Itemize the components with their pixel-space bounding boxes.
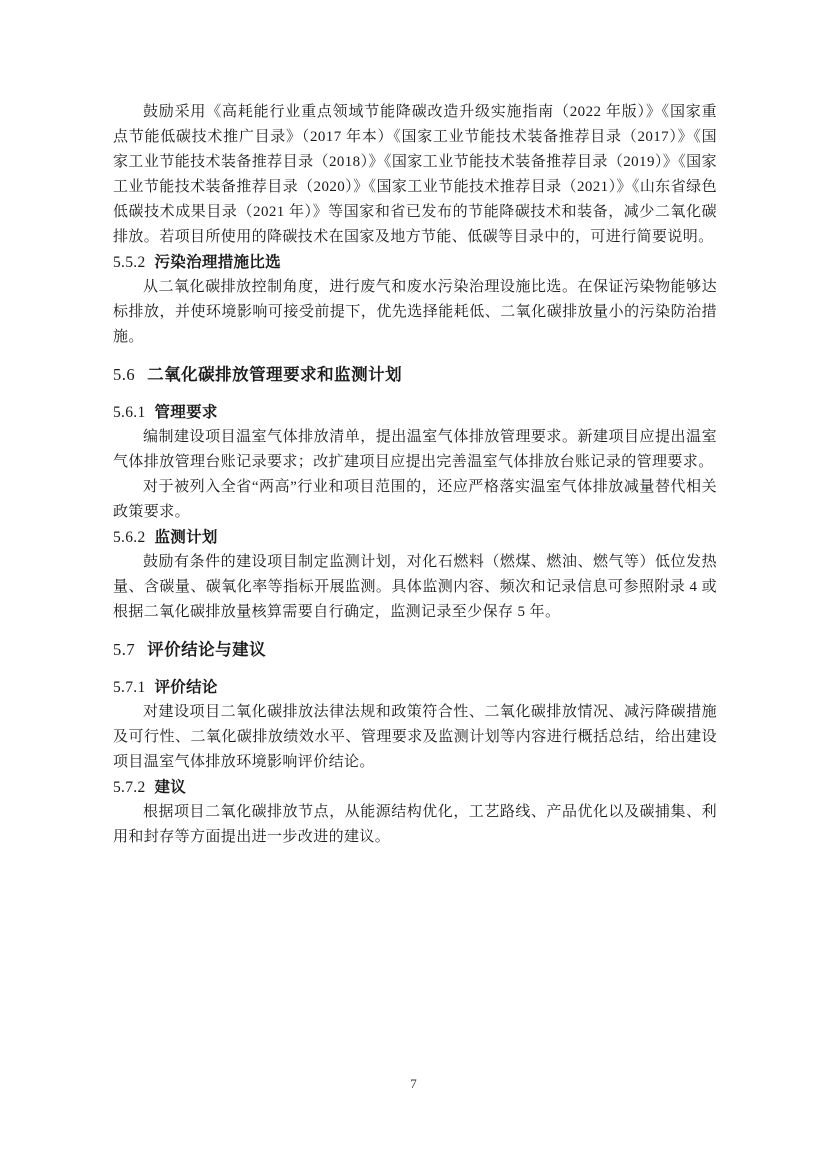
heading-5-6-2: 5.6.2监测计划 xyxy=(113,525,717,550)
heading-title: 建议 xyxy=(155,779,187,796)
heading-number: 5.7 xyxy=(113,640,135,659)
paragraph-management-requirements-2: 对于被列入全省“两高”行业和项目范围的，还应严格落实温室气体排放减量替代相关政策… xyxy=(113,475,717,525)
document-page: 鼓励采用《高耗能行业重点领域节能降碳改造升级实施指南（2022 年版）》《国家重… xyxy=(0,0,827,1168)
heading-title: 管理要求 xyxy=(155,404,218,421)
heading-number: 5.6 xyxy=(113,365,135,384)
heading-number: 5.7.1 xyxy=(113,679,146,696)
paragraph-evaluation-conclusion: 对建设项目二氧化碳排放法律法规和政策符合性、二氧化碳排放情况、减污降碳措施及可行… xyxy=(113,700,717,775)
document-content: 鼓励采用《高耗能行业重点领域节能降碳改造升级实施指南（2022 年版）》《国家重… xyxy=(113,100,717,850)
paragraph-energy-saving-catalogs: 鼓励采用《高耗能行业重点领域节能降碳改造升级实施指南（2022 年版）》《国家重… xyxy=(113,100,717,250)
paragraph-monitoring-plan: 鼓励有条件的建设项目制定监测计划，对化石燃料（燃煤、燃油、燃气等）低位发热量、含… xyxy=(113,550,717,625)
heading-5-5-2: 5.5.2污染治理措施比选 xyxy=(113,250,717,275)
heading-number: 5.6.2 xyxy=(113,529,146,546)
heading-5-7-1: 5.7.1评价结论 xyxy=(113,675,717,700)
heading-number: 5.7.2 xyxy=(113,779,146,796)
paragraph-management-requirements-1: 编制建设项目温室气体排放清单，提出温室气体排放管理要求。新建项目应提出温室气体排… xyxy=(113,425,717,475)
heading-title: 二氧化碳排放管理要求和监测计划 xyxy=(147,366,402,384)
heading-title: 评价结论 xyxy=(155,679,218,696)
heading-title: 污染治理措施比选 xyxy=(155,254,281,271)
heading-title: 评价结论与建议 xyxy=(147,641,266,659)
paragraph-pollution-control-comparison: 从二氧化碳排放控制角度，进行废气和废水污染治理设施比选。在保证污染物能够达标排放… xyxy=(113,275,717,350)
heading-5-6-1: 5.6.1管理要求 xyxy=(113,400,717,425)
heading-number: 5.5.2 xyxy=(113,254,146,271)
heading-5-7: 5.7评价结论与建议 xyxy=(113,637,717,663)
paragraph-suggestions: 根据项目二氧化碳排放节点，从能源结构优化，工艺路线、产品优化以及碳捕集、利用和封… xyxy=(113,800,717,850)
page-number: 7 xyxy=(0,1076,827,1092)
heading-number: 5.6.1 xyxy=(113,404,146,421)
heading-5-7-2: 5.7.2建议 xyxy=(113,775,717,800)
heading-5-6: 5.6二氧化碳排放管理要求和监测计划 xyxy=(113,362,717,388)
heading-title: 监测计划 xyxy=(155,529,218,546)
